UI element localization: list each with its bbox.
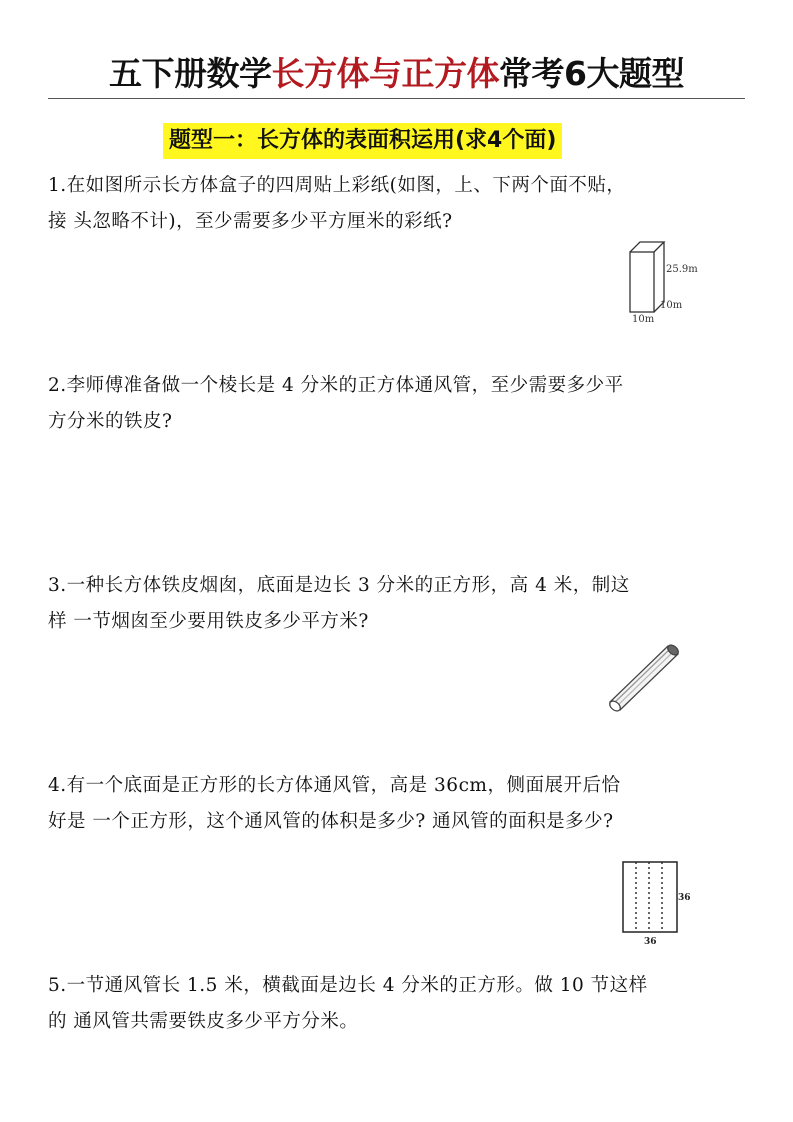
page-title: 五下册数学长方体与正方体常考6大题型: [0, 52, 793, 96]
bottom-label: 36: [644, 937, 657, 947]
net-figure: 36 36: [618, 858, 698, 950]
title-prefix: 五下册数学: [109, 54, 272, 93]
question-2-line-1: 2.李师傅准备做一个棱长是 4 分米的正方体通风管，至少需要多少平: [48, 368, 748, 404]
question-5-line-1: 5.一节通风管长 1.5 米，横截面是边长 4 分米的正方形。做 10 节这样: [48, 968, 748, 1004]
question-3-line-1: 3.一种长方体铁皮烟囱，底面是边长 3 分米的正方形，高 4 米，制这: [48, 568, 748, 604]
chimney-figure: [600, 636, 690, 721]
question-5: 5.一节通风管长 1.5 米，横截面是边长 4 分米的正方形。做 10 节这样 …: [48, 968, 748, 1040]
side-label: 36: [678, 893, 691, 903]
question-5-line-2: 的 通风管共需要铁皮多少平方分米。: [48, 1004, 748, 1040]
title-suffix: 常考6大题型: [499, 54, 684, 93]
question-1: 1.在如图所示长方体盒子的四周贴上彩纸(如图，上、下两个面不贴， 接 头忽略不计…: [48, 168, 748, 240]
question-4-line-1: 4.有一个底面是正方形的长方体通风管，高是 36cm，侧面展开后恰: [48, 768, 748, 804]
question-2-line-2: 方分米的铁皮?: [48, 404, 748, 440]
depth-label: 10m: [660, 300, 683, 311]
question-3: 3.一种长方体铁皮烟囱，底面是边长 3 分米的正方形，高 4 米，制这 样 一节…: [48, 568, 748, 640]
title-divider: [48, 98, 745, 99]
width-label: 10m: [632, 314, 655, 325]
question-1-line-1: 1.在如图所示长方体盒子的四周贴上彩纸(如图，上、下两个面不贴，: [48, 168, 748, 204]
cuboid-figure: 25.9m 10m 10m: [612, 236, 722, 326]
question-1-line-2: 接 头忽略不计)，至少需要多少平方厘米的彩纸?: [48, 204, 748, 240]
title-highlight: 长方体与正方体: [272, 54, 500, 93]
question-4-line-2: 好是 一个正方形，这个通风管的体积是多少? 通风管的面积是多少?: [48, 804, 748, 840]
section-heading: 题型一：长方体的表面积运用(求4个面): [163, 123, 562, 159]
question-4: 4.有一个底面是正方形的长方体通风管，高是 36cm，侧面展开后恰 好是 一个正…: [48, 768, 748, 840]
question-2: 2.李师傅准备做一个棱长是 4 分米的正方体通风管，至少需要多少平 方分米的铁皮…: [48, 368, 748, 440]
height-label: 25.9m: [666, 264, 698, 275]
question-3-line-2: 样 一节烟囱至少要用铁皮多少平方米?: [48, 604, 748, 640]
